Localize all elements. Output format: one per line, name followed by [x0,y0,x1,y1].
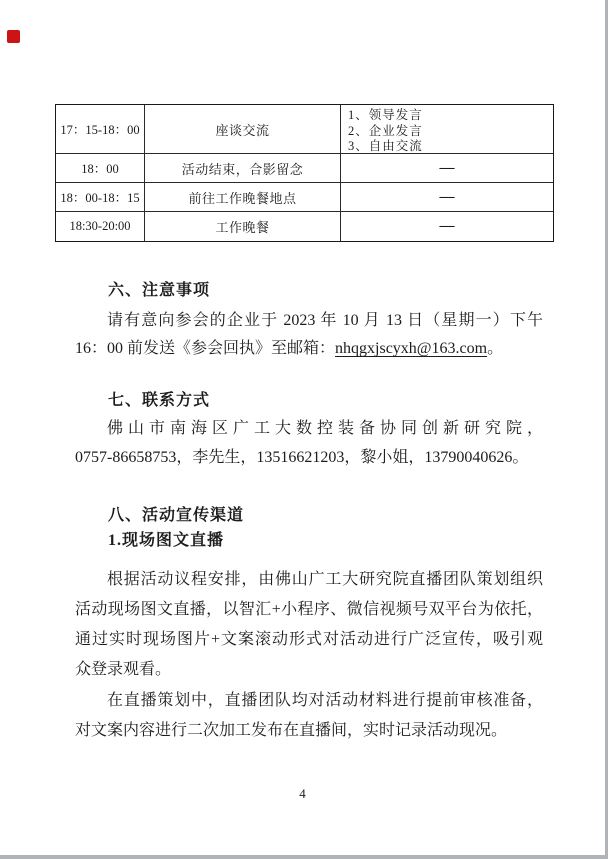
table-cell-dash: — [341,154,553,183]
contact-text-line: 佛山市南海区广工大数控装备协同创新研究院， [75,414,543,444]
table-cell-dash: — [341,183,553,212]
note-item: 1、领导发言 [348,108,423,124]
notes-text-line: 16：00 前发送《参会回执》至邮箱：nhqgxjscyxh@163.com。 [75,334,543,364]
table-cell-activity: 工作晚餐 [145,212,341,241]
email-link[interactable]: nhqgxjscyxh@163.com [335,340,487,357]
promo-text-line: 根据活动议程安排，由佛山广工大研究院直播团队策划组织 [75,565,543,595]
table-cell-notes: 1、领导发言 2、企业发言 3、自由交流 [341,105,553,154]
table-cell-time: 17：15-18：00 [56,105,145,154]
table-cell-activity: 前往工作晚餐地点 [145,183,341,212]
promo-text-line: 活动现场图文直播，以智汇+小程序、微信视频号双平台为依托， [75,595,543,625]
promo-text-line: 通过实时现场图片+文案滚动形式对活动进行广泛宣传，吸引观 [75,625,543,655]
promo-text-line: 在直播策划中，直播团队均对活动材料进行提前审核准备， [75,686,543,716]
schedule-table: 17：15-18：00 座谈交流 1、领导发言 2、企业发言 3、自由交流 18… [55,104,554,242]
table-cell-time: 18：00 [56,154,145,183]
table-cell-dash: — [341,212,553,241]
section-heading-notes: 六、注意事项 [75,276,543,306]
section-heading-contact: 七、联系方式 [75,386,543,416]
notes-text-suffix: 。 [487,340,503,357]
note-item: 2、企业发言 [348,124,423,140]
contact-text-line: 0757-86658753，李先生，13516621203，黎小姐，137900… [75,443,543,473]
red-marker-icon [7,30,20,43]
table-cell-activity: 座谈交流 [145,105,341,154]
note-item: 3、自由交流 [348,139,423,155]
table-cell-activity: 活动结束，合影留念 [145,154,341,183]
page-edge-bottom [0,855,608,859]
notes-text-line: 请有意向参会的企业于 2023 年 10 月 13 日（星期一）下午 [75,306,543,336]
page-number: 4 [75,784,530,804]
table-cell-time: 18：00-18：15 [56,183,145,212]
document-page: 17：15-18：00 座谈交流 1、领导发言 2、企业发言 3、自由交流 18… [0,0,608,859]
table-cell-time: 18:30-20:00 [56,212,145,241]
promo-text-line: 对文案内容进行二次加工发布在直播间，实时记录活动现况。 [75,716,543,746]
notes-text-prefix: 16：00 前发送《参会回执》至邮箱： [75,340,335,357]
promo-text-line: 众登录观看。 [75,655,543,685]
promo-subheading: 1.现场图文直播 [75,526,543,556]
